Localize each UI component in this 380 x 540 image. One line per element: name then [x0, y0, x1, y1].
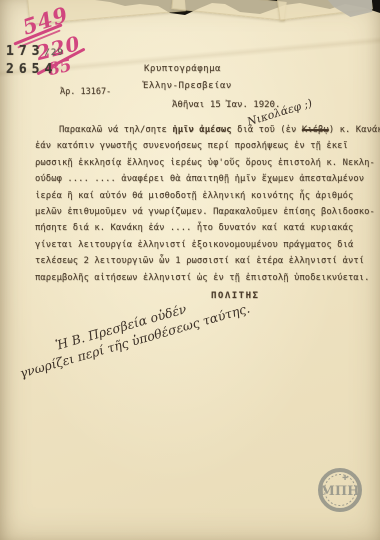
- protocol-number: Ἀρ. 13167-: [60, 87, 111, 97]
- body-text: ) κ. Κανάκη: [329, 125, 380, 135]
- body-line: ἐάν κατόπιν γνωστῆς συνενοήσεως περί προ…: [35, 138, 357, 154]
- registry-stamp-number-main: 173: [6, 44, 44, 59]
- stamp-monogram: ΜΠΗ: [321, 484, 360, 499]
- registry-stamp-number-suffix: /29: [44, 48, 63, 58]
- body-text: Παρακαλῶ νά τηλ/σητε: [59, 125, 172, 135]
- registry-stamp-number: 2654: [6, 62, 57, 77]
- telegram-document-page: 549 220 85 173/29 2654 Κρυπτογράφημα Ἑλλ…: [0, 0, 380, 540]
- overtyped-text: ἡμῖν ἀμέσως: [172, 125, 231, 135]
- dateline: Ἀθῆναι 15 Ἰαν. 1920.: [172, 100, 280, 110]
- body-line: παρεμβολῆς αἰτήσεων ἑλληνιστί ὡς ἐν τῇ ἐ…: [35, 270, 357, 286]
- svg-text:✚: ✚: [342, 474, 348, 482]
- telegram-body: Παρακαλῶ νά τηλ/σητε ἡμῖν ἀμέσως διά τοῦ…: [35, 122, 357, 286]
- body-line: γίνεται λειτουργία ἑλληνιστί ἐξοικονομου…: [35, 237, 357, 253]
- signature: ΠΟΛΙΤΗΣ: [211, 291, 259, 301]
- recipient-line: Ἑλλην-Πρεσβείαν: [143, 81, 232, 91]
- body-line: πήσητε διά κ. Κανάκη ἐάν .... ἦτο δυνατό…: [35, 220, 357, 236]
- document-type-label: Κρυπτογράφημα: [144, 64, 221, 74]
- archive-seal-stamp: ΜΠΗ ✚: [318, 468, 362, 512]
- body-line: Παρακαλῶ νά τηλ/σητε ἡμῖν ἀμέσως διά τοῦ…: [35, 122, 357, 138]
- struck-out-word: Κιέβῳ: [302, 125, 329, 135]
- body-line: τελέσεως 2 λειτουργιῶν ὧν 1 ρωσσιστί καί…: [35, 253, 357, 269]
- registry-stamp-number: 173/29: [6, 44, 64, 59]
- paper-tape-strip: [171, 0, 286, 21]
- body-line: ρωσσικῇ ἐκκλησίᾳ ἕλληνος ἱερέως ὑφ'οὕς ὅ…: [35, 155, 357, 171]
- body-line: ἱερέα ἢ καί αὐτόν θά μισθοδοτῇ ἑλληνική …: [35, 188, 357, 204]
- body-text: διά τοῦ (ἐν: [232, 125, 302, 135]
- body-line: μελῶν ἐπιθυμοῦμεν νά γνωρίζωμεν. Παρακαλ…: [35, 204, 357, 220]
- handwritten-note-line2: γνωρίζει περί τῆς ὑποθέσεως ταύτης.: [18, 300, 252, 380]
- body-line: ούδωφ .... .... ἀναφέρει θὰ ἀπαιτηθῇ ἡμῖ…: [35, 171, 357, 187]
